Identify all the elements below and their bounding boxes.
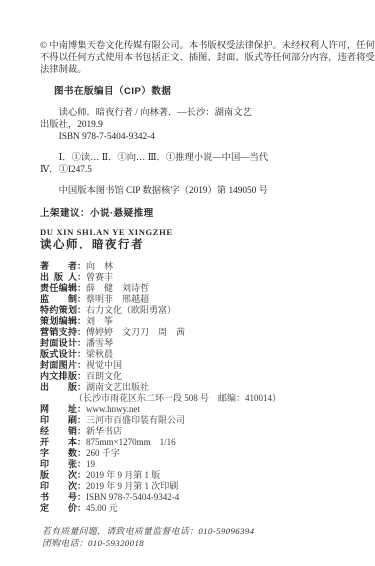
- credit-value: 三河市百盛印装有限公司: [86, 415, 185, 425]
- credit-colon: ：: [77, 404, 86, 414]
- credit-label: 版 次: [40, 470, 77, 481]
- credit-row: 监 制：蔡明菲 邢越超: [40, 294, 345, 305]
- cip-entry: 读心师．暗夜行者 / 向林著．—长沙：湖南文艺出版社，2019.9: [40, 107, 345, 131]
- credit-label: 经 销: [40, 426, 77, 437]
- credit-label: 特约策划: [40, 305, 77, 316]
- credit-row: 特约策划：右力文化（欧阳勇富）: [40, 305, 345, 316]
- credit-colon: ：: [77, 492, 86, 502]
- credit-value: 右力文化（欧阳勇富）: [86, 305, 176, 315]
- credit-value: 刘 筝: [86, 316, 113, 326]
- credit-value: 875mm×1270mm 1/16: [86, 437, 176, 447]
- credit-colon: ：: [77, 426, 86, 436]
- credit-colon: ：: [77, 503, 86, 513]
- credit-value: 潘雪琴: [86, 338, 113, 348]
- cip-section: 图书在版编目（CIP）数据 读心师．暗夜行者 / 向林著．—长沙：湖南文艺出版社…: [40, 86, 345, 197]
- credit-label: 内文排版: [40, 371, 77, 382]
- credit-label: 版式设计: [40, 349, 77, 360]
- credit-row: 封面图片：视觉中国: [40, 360, 345, 371]
- credit-row: 出 版：湖南文艺出版社: [40, 382, 345, 393]
- credit-label: 印 刷: [40, 415, 77, 426]
- credit-label: 开 本: [40, 437, 77, 448]
- credit-row: 内文排版：百朗文化: [40, 371, 345, 382]
- notice-line: © 中南博集天卷文化传媒有限公司。本书版权受法律保护。未经权利人许可，任何人: [40, 40, 345, 52]
- credit-value: 19: [86, 459, 95, 469]
- credit-row: 印 张：19: [40, 459, 345, 470]
- cip-classification-line: Ⅳ．①I247.5: [40, 164, 345, 176]
- cip-entry-line: 出版社，2019.9: [40, 119, 345, 131]
- credit-value: 新华书店: [86, 426, 122, 436]
- book-title-pinyin: DU XIN SHI.AN YE XINGZHE: [40, 227, 345, 238]
- copyright-page: © 中南博集天卷文化传媒有限公司。本书版权受法律保护。未经权利人许可，任何人不得…: [0, 0, 375, 566]
- cip-heading: 图书在版编目（CIP）数据: [54, 86, 345, 98]
- credit-label: 策划编辑: [40, 316, 77, 327]
- credit-value: 蔡明菲 邢越超: [86, 294, 149, 304]
- credit-row: 策划编辑：刘 筝: [40, 316, 345, 327]
- credit-colon: ：: [77, 261, 86, 271]
- credit-colon: ：: [77, 481, 86, 491]
- credit-row: 字 数：260 千字: [40, 448, 345, 459]
- credit-row: 开 本：875mm×1270mm 1/16: [40, 437, 345, 448]
- title-block: DU XIN SHI.AN YE XINGZHE 读心师．暗夜行者: [40, 227, 345, 252]
- cip-classification: Ⅰ．①读… Ⅱ．①向… Ⅲ．①推理小说—中国—当代Ⅳ．①I247.5: [40, 152, 345, 176]
- credit-value: ISBN 978-7-5404-9342-4: [86, 492, 179, 502]
- shelving-suggestion: 上架建议：小说·悬疑推理: [40, 208, 345, 220]
- credit-label: 责任编辑: [40, 283, 77, 294]
- credit-address: （长沙市雨花区东二环一段 508 号 邮编：410014）: [74, 393, 281, 403]
- credit-value: 薛 健 刘诗哲: [86, 283, 149, 293]
- credit-colon: ：: [77, 294, 86, 304]
- credit-label: 封面图片: [40, 360, 77, 371]
- footnote-line: 若有质量问题，请致电质量监督电话：010-59096394: [42, 525, 345, 537]
- credit-row: 印 刷：三河市百盛印装有限公司: [40, 415, 345, 426]
- credit-value: 260 千字: [86, 448, 120, 458]
- credit-label: 著 者: [40, 261, 77, 272]
- credit-colon: ：: [77, 459, 86, 469]
- credit-label: 网 址: [40, 404, 77, 415]
- credit-value: www.hnwy.net: [86, 404, 140, 414]
- credit-label: 书 号: [40, 492, 77, 503]
- credit-label: 监 制: [40, 294, 77, 305]
- credit-value: 45.00 元: [86, 503, 118, 513]
- credit-label: 营销支持: [40, 327, 77, 338]
- credit-row: 网 址：www.hnwy.net: [40, 404, 345, 415]
- credit-colon: ：: [77, 415, 86, 425]
- copyright-notice: © 中南博集天卷文化传媒有限公司。本书版权受法律保护。未经权利人许可，任何人不得…: [40, 40, 345, 77]
- credit-colon: ：: [77, 283, 86, 293]
- credit-row: 版式设计：梁秋晨: [40, 349, 345, 360]
- credit-colon: ：: [77, 382, 86, 392]
- credit-row: 版 次：2019 年 9 月第 1 版: [40, 470, 345, 481]
- credit-value: 2019 年 9 月第 1 次印刷: [86, 481, 178, 491]
- credit-value: 2019 年 9 月第 1 版: [86, 470, 160, 480]
- credit-address-row: （长沙市雨花区东二环一段 508 号 邮编：410014）: [40, 393, 345, 404]
- credit-label: 封面设计: [40, 338, 77, 349]
- cip-isbn: ISBN 978-7-5404-9342-4: [40, 131, 345, 143]
- credit-value: 傅婷婷 文刀刀 周 茜: [86, 327, 185, 337]
- credit-label: 字 数: [40, 448, 77, 459]
- credit-colon: ：: [77, 360, 86, 370]
- credit-row: 封面设计：潘雪琴: [40, 338, 345, 349]
- cip-record-number: 中国版本图书馆 CIP 数据核字（2019）第 149050 号: [40, 185, 345, 197]
- credit-colon: ：: [77, 448, 86, 458]
- credit-row: 著 者：向 林: [40, 261, 345, 272]
- credit-row: 出 版 人：曾赛丰: [40, 272, 345, 283]
- credit-label: 出 版: [40, 382, 77, 393]
- credit-row: 书 号：ISBN 978-7-5404-9342-4: [40, 492, 345, 503]
- credit-row: 经 销：新华书店: [40, 426, 345, 437]
- credit-colon: ：: [77, 437, 86, 447]
- credit-value: 梁秋晨: [86, 349, 113, 359]
- quality-footnotes: 若有质量问题，请致电质量监督电话：010-59096394团购电话：010-59…: [42, 525, 345, 550]
- credits-list: 著 者：向 林出 版 人：曾赛丰责任编辑：薛 健 刘诗哲监 制：蔡明菲 邢越超特…: [40, 261, 345, 514]
- credit-label: 印 次: [40, 481, 77, 492]
- credit-value: 百朗文化: [86, 371, 122, 381]
- cip-entry-line: 读心师．暗夜行者 / 向林著．—长沙：湖南文艺: [40, 107, 345, 119]
- credit-colon: ：: [77, 272, 86, 282]
- credit-row: 营销支持：傅婷婷 文刀刀 周 茜: [40, 327, 345, 338]
- credit-value: 曾赛丰: [86, 272, 113, 282]
- credit-label: 定 价: [40, 503, 77, 514]
- credit-value: 向 林: [86, 261, 113, 271]
- credit-colon: ：: [77, 470, 86, 480]
- credit-colon: ：: [77, 327, 86, 337]
- credit-row: 印 次：2019 年 9 月第 1 次印刷: [40, 481, 345, 492]
- credit-label: 出 版 人: [40, 272, 77, 283]
- credit-colon: ：: [77, 338, 86, 348]
- credit-colon: ：: [77, 349, 86, 359]
- notice-line: 法律制裁。: [40, 64, 345, 76]
- book-title: 读心师．暗夜行者: [40, 238, 345, 252]
- credit-label: 印 张: [40, 459, 77, 470]
- footnote-line: 团购电话：010-59320018: [42, 537, 345, 549]
- notice-line: 不得以任何方式使用本书包括正文、插图、封面、版式等任何部分内容，违者将受到: [40, 52, 345, 64]
- credit-row: 责任编辑：薛 健 刘诗哲: [40, 283, 345, 294]
- cip-classification-line: Ⅰ．①读… Ⅱ．①向… Ⅲ．①推理小说—中国—当代: [40, 152, 345, 164]
- credit-row: 定 价：45.00 元: [40, 503, 345, 514]
- credit-colon: ：: [77, 305, 86, 315]
- credit-value: 视觉中国: [86, 360, 122, 370]
- credit-colon: ：: [77, 316, 86, 326]
- credit-value: 湖南文艺出版社: [86, 382, 149, 392]
- credit-colon: ：: [77, 371, 86, 381]
